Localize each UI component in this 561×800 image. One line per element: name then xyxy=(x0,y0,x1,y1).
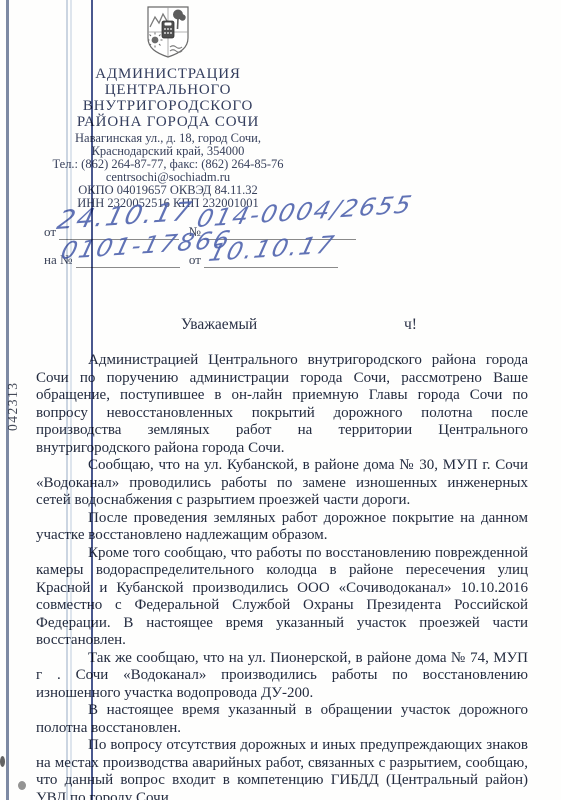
scan-smudge-dot xyxy=(18,781,26,790)
paragraph-4: Кроме того сообщаю, что работы по восста… xyxy=(36,545,528,650)
org-name-line-3: ВНУТРИГОРОДСКОГО xyxy=(0,98,336,114)
salutation-text: Уважаемый xyxy=(181,316,257,334)
scanned-letter-page: 042313 АДМИНИСТРАЦИЯ ЦЕНТРАЛЬНОГО xyxy=(0,0,561,800)
org-name-line-1: АДМИНИСТРАЦИЯ xyxy=(0,66,336,82)
paragraph-7: По вопросу отсутствия дорожных и иных пр… xyxy=(36,737,528,800)
scan-artifact-line-light-a xyxy=(66,0,68,800)
scan-artifact-line-light-b xyxy=(70,0,72,800)
scan-artifact-line-left xyxy=(6,0,9,800)
greeting-line: Уважаемый ч! xyxy=(0,316,561,336)
paragraph-1: Администрацией Центрального внутригородс… xyxy=(36,352,528,457)
scan-smudge-left-edge xyxy=(0,756,5,767)
letterhead: АДМИНИСТРАЦИЯ ЦЕНТРАЛЬНОГО ВНУТРИГОРОДСК… xyxy=(0,5,336,210)
org-name-line-2: ЦЕНТРАЛЬНОГО xyxy=(0,82,336,98)
scan-artifact-line-navy xyxy=(91,0,93,800)
paragraph-2: Сообщаю, что на ул. Кубанской, в районе … xyxy=(36,457,528,510)
paragraph-3: После проведения земляных работ дорожное… xyxy=(36,510,528,545)
org-name-line-4: РАЙОНА ГОРОДА СОЧИ xyxy=(0,114,336,130)
paragraph-5: Так же сообщаю, что на ул. Пионерской, в… xyxy=(36,650,528,703)
erased-name-remnant: ч! xyxy=(404,316,417,334)
paragraph-6: В настоящее время указанный в обращении … xyxy=(36,702,528,737)
letter-body: Администрацией Центрального внутригородс… xyxy=(36,352,528,800)
sochi-coat-of-arms-icon xyxy=(145,5,191,59)
